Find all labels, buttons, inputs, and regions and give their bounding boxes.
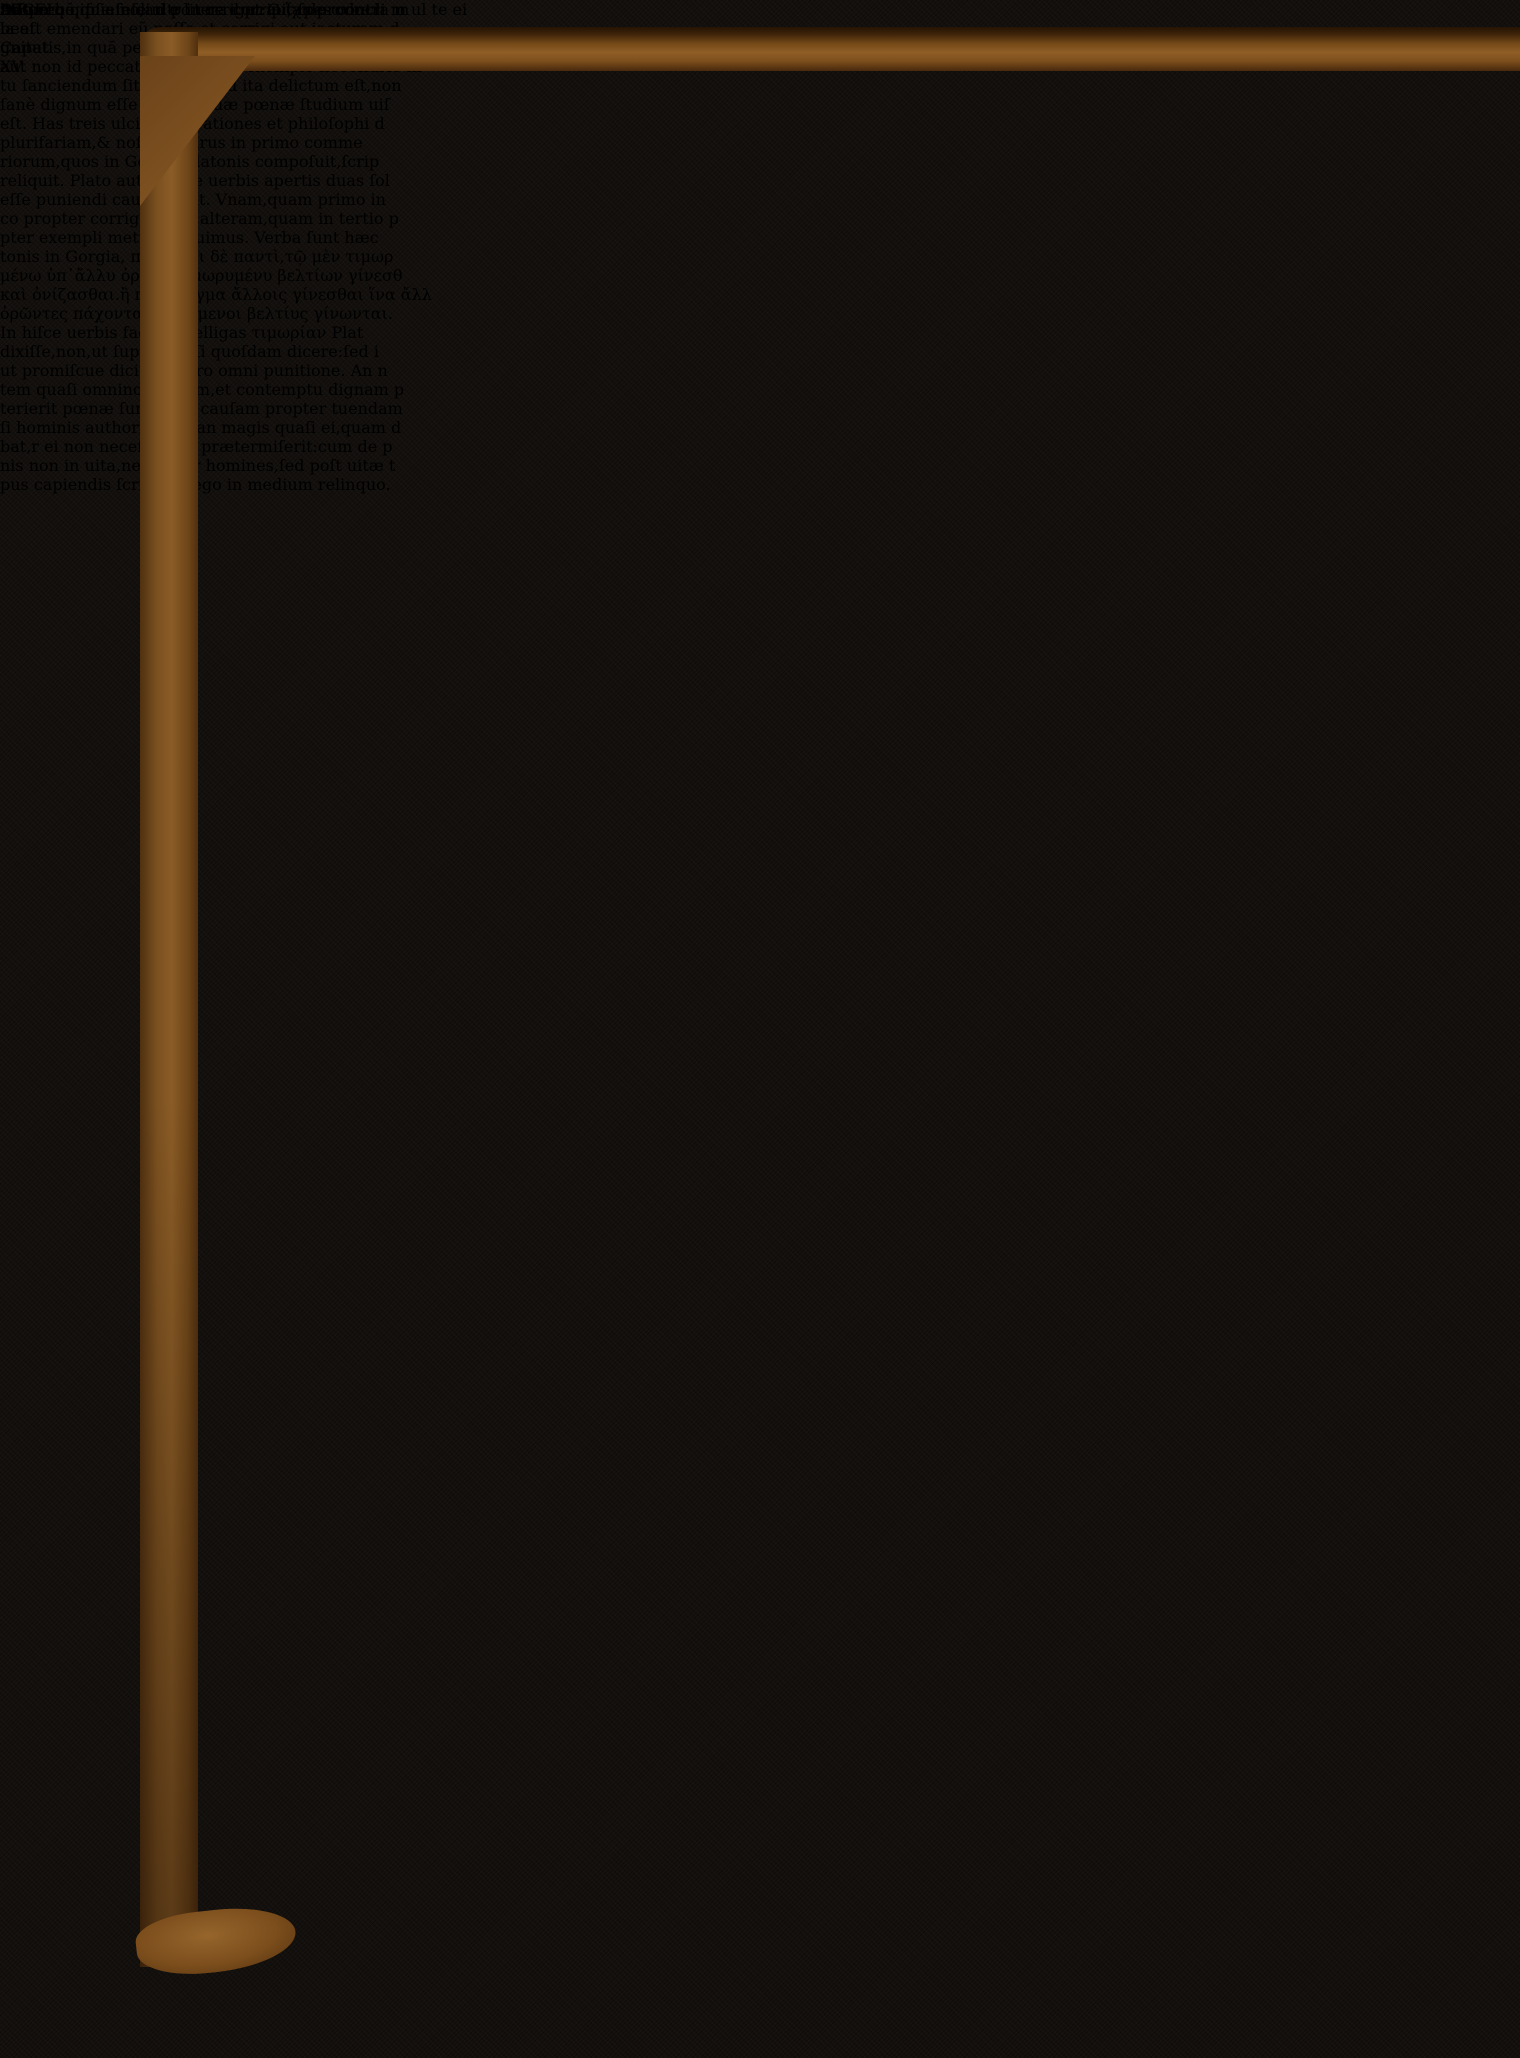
facing-page-fragment: te: [432, 0, 448, 19]
leather-cover-top-edge: [140, 27, 1520, 71]
flyleaf-edge: [193, 56, 241, 1954]
book-scan-photo: A. GEL. LIB· 35 96 tra pœnă,ipſe ſeſe ul…: [0, 0, 1520, 2058]
facing-page-fragment: ei: [453, 0, 468, 19]
leather-spine: [140, 32, 198, 1967]
chapter-title-line1: De uerbo quieſco,an e litera corripi,an …: [0, 0, 379, 19]
